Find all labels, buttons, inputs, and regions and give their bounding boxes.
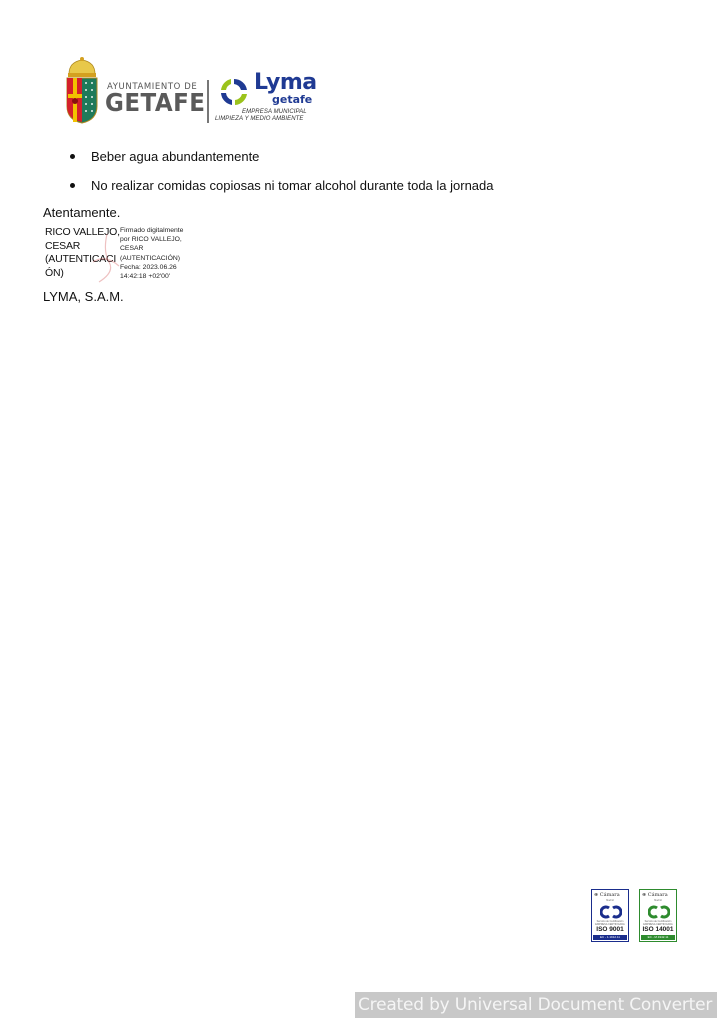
signature-details: Firmado digitalmente por RICO VALLEJO, C…: [120, 226, 183, 281]
iso-14001-badge: ⊛ Cámara Madrid Servicio de Certificació…: [639, 889, 677, 942]
getafe-coat-of-arms-icon: [65, 56, 99, 124]
bullet-icon: [70, 183, 75, 188]
list-item: No realizar comidas copiosas ni tomar al…: [68, 177, 494, 206]
certification-logo-icon: [600, 905, 622, 919]
letterhead: AYUNTAMIENTO DE GETAFE Lyma getafe EMPRE…: [62, 56, 312, 126]
lyma-tagline-1: EMPRESA MUNICIPAL: [242, 109, 307, 115]
lyma-getafe-label: getafe: [272, 93, 312, 106]
company-name: LYMA, S.A.M.: [43, 289, 124, 304]
list-item-text: No realizar comidas copiosas ni tomar al…: [91, 178, 494, 193]
lyma-wordmark: Lyma: [254, 70, 317, 95]
certification-logo-icon: [648, 905, 670, 919]
closing-salutation: Atentamente.: [43, 205, 120, 220]
logo-divider: [207, 80, 209, 123]
badge-code: EC - M.1942.11: [641, 935, 675, 940]
converter-watermark: Created by Universal Document Converter: [355, 992, 717, 1018]
getafe-wordmark: GETAFE: [105, 89, 205, 117]
bullet-icon: [70, 154, 75, 159]
list-item-text: Beber agua abundantemente: [91, 149, 259, 164]
badge-subtitle: Madrid: [592, 899, 628, 902]
badge-header: ⊛ Cámara: [594, 892, 620, 898]
recommendations-list: Beber agua abundantemente No realizar co…: [68, 148, 494, 205]
badge-code: EC - 1.1912.11: [593, 935, 627, 940]
digital-signature[interactable]: RICO VALLEJO, CESAR (AUTENTICACI ÓN) Fir…: [45, 226, 205, 284]
iso-9001-badge: ⊛ Cámara Madrid Servicio de Certificació…: [591, 889, 629, 942]
lyma-swirl-logo-icon: [217, 76, 251, 108]
signature-watermark-icon: [85, 232, 125, 284]
badge-header: ⊛ Cámara: [642, 892, 668, 898]
badge-iso-label: ISO 9001: [592, 926, 628, 933]
list-item: Beber agua abundantemente: [68, 148, 494, 177]
badge-iso-label: ISO 14001: [640, 926, 676, 933]
badge-subtitle: Madrid: [640, 899, 676, 902]
lyma-tagline-2: LIMPIEZA Y MEDIO AMBIENTE: [215, 116, 304, 122]
